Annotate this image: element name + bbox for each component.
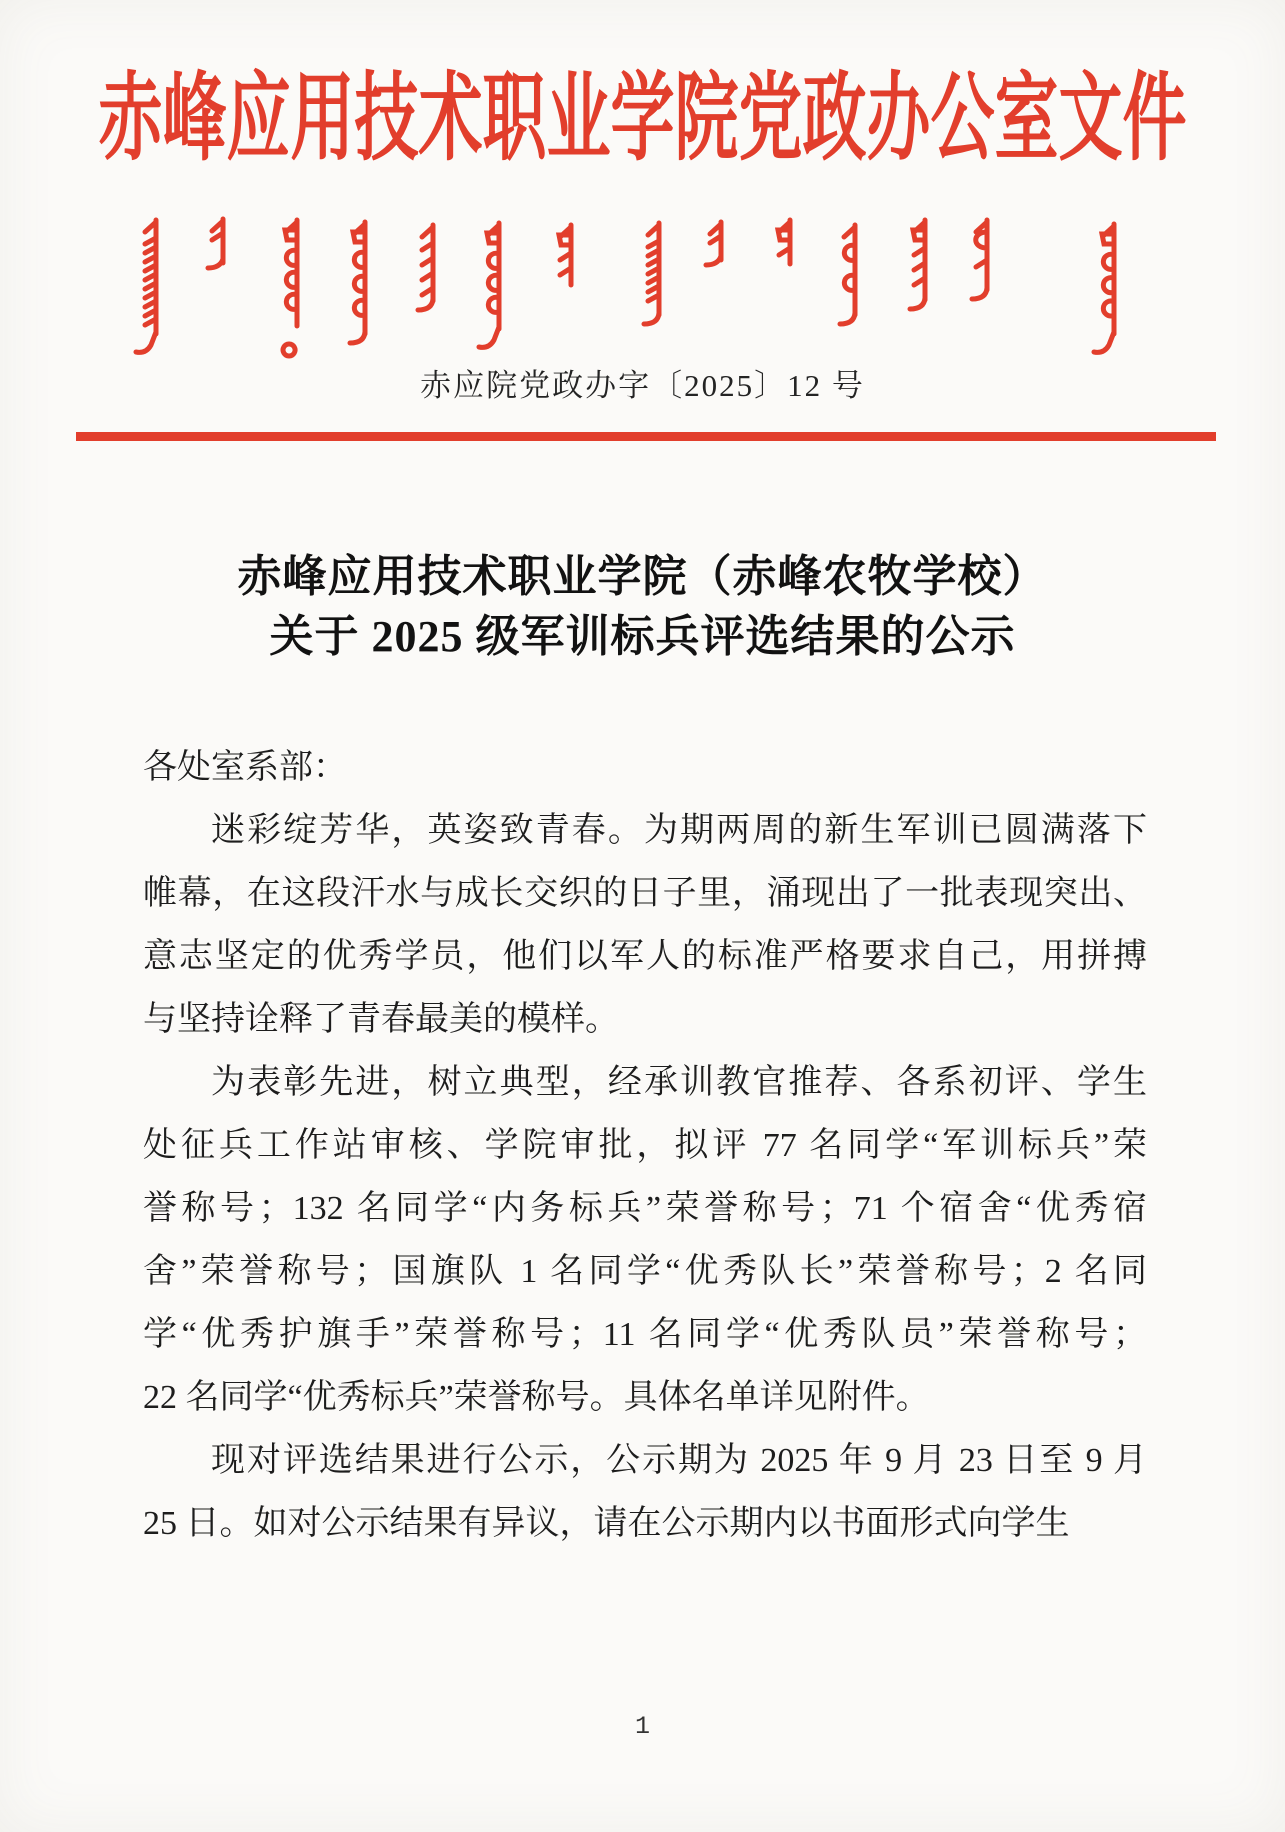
mongolian-script-column xyxy=(693,216,739,292)
mongolian-script-column xyxy=(405,219,451,333)
salutation: 各处室系部： xyxy=(143,736,1147,799)
document-title: 赤峰应用技术职业学院（赤峰农牧学校） 关于 2025 级军训标兵评选结果的公示 xyxy=(0,547,1285,667)
body-line: 帷幕，在这段汗水与成长交织的日子里，涌现出了一批表现突出、 xyxy=(143,862,1147,925)
body-line: 誉称号；132 名同学“内务标兵”荣誉称号；71 个宿舍“优秀宿 xyxy=(143,1177,1147,1240)
body-line: 处征兵工作站审核、学院审批，拟评 77 名同学“军训标兵”荣 xyxy=(143,1114,1147,1177)
mongolian-script-column xyxy=(471,217,517,361)
document-number: 赤应院党政办字〔2025〕12 号 xyxy=(0,360,1285,405)
mongolian-script-banner xyxy=(0,0,1285,370)
body-line: 与坚持诠释了青春最美的模样。 xyxy=(143,988,1147,1051)
mongolian-script-column xyxy=(959,214,1005,322)
mongolian-script-column xyxy=(827,219,873,347)
mongolian-script-column xyxy=(543,219,589,317)
mongolian-script-column xyxy=(897,214,943,332)
body-line: 现对评选结果进行公示，公示期为 2025 年 9 月 23 日至 9 月 xyxy=(143,1429,1147,1492)
red-divider-rule xyxy=(76,432,1216,441)
body-line: 意志坚定的优秀学员，他们以军人的标准严格要求自己，用拼搏 xyxy=(143,925,1147,988)
document-title-line-2: 关于 2025 级军训标兵评选结果的公示 xyxy=(0,607,1285,667)
mongolian-script-column xyxy=(631,217,677,347)
page-number: 1 xyxy=(0,1712,1285,1741)
body-line: 舍”荣誉称号；国旗队 1 名同学“优秀队长”荣誉称号；2 名同 xyxy=(143,1240,1147,1303)
mongolian-script-column xyxy=(195,213,241,295)
mongolian-script-column xyxy=(762,214,808,296)
mongolian-script-column xyxy=(337,216,383,366)
body-line: 25 日。如对公示结果有异议，请在公示期内以书面形式向学生 xyxy=(143,1492,1147,1555)
body-line: 22 名同学“优秀标兵”荣誉称号。具体名单详见附件。 xyxy=(143,1366,1147,1429)
body-line: 为表彰先进，树立典型，经承训教官推荐、各系初评、学生 xyxy=(143,1051,1147,1114)
mongolian-script-column xyxy=(1086,218,1132,366)
document-page: 赤峰应用技术职业学院党政办公室文件 赤应院党政办字〔2025〕12 号 赤峰应用… xyxy=(0,0,1285,1832)
document-title-line-1: 赤峰应用技术职业学院（赤峰农牧学校） xyxy=(0,547,1285,607)
mongolian-script-column xyxy=(128,214,174,366)
mongolian-script-column xyxy=(269,214,315,358)
body-line: 学“优秀护旗手”荣誉称号；11 名同学“优秀队员”荣誉称号； xyxy=(143,1303,1147,1366)
body-line: 迷彩绽芳华，英姿致青春。为期两周的新生军训已圆满落下 xyxy=(143,799,1147,862)
document-body: 各处室系部：迷彩绽芳华，英姿致青春。为期两周的新生军训已圆满落下帷幕，在这段汗水… xyxy=(143,736,1147,1555)
